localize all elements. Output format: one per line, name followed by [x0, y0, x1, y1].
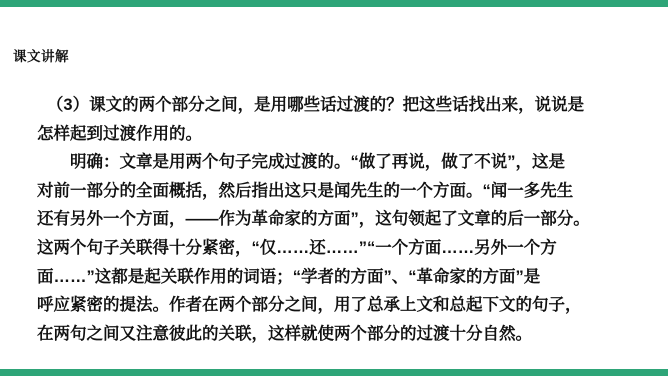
body-line: 在两句之间又注意彼此的关联，这样就使两个部分的过渡十分自然。 [37, 320, 637, 349]
body-line: 对前一部分的全面概括，然后指出这只是闻先生的一个方面。“闻一多先生 [37, 177, 637, 206]
body-line: 面……”这都是起关联作用的词语；“学者的方面”、“革命家的方面”是 [37, 263, 637, 292]
body-line: 呼应紧密的提法。作者在两个部分之间，用了总承上文和总起下文的句子， [37, 291, 637, 320]
body-text: （3）课文的两个部分之间，是用哪些话过渡的？把这些话找出来，说说是 怎样起到过渡… [37, 91, 637, 348]
body-line: 这两个句子关联得十分紧密，“仅……还……”“一个方面……另外一个方 [37, 234, 637, 263]
body-line: 怎样起到过渡作用的。 [37, 120, 637, 149]
body-line: 还有另外一个方面，——作为革命家的方面”，这句领起了文章的后一部分。 [37, 205, 637, 234]
slide-canvas: 课文讲解 （3）课文的两个部分之间，是用哪些话过渡的？把这些话找出来，说说是 怎… [0, 0, 668, 376]
bottom-accent-bar [0, 369, 668, 376]
body-line: （3）课文的两个部分之间，是用哪些话过渡的？把这些话找出来，说说是 [37, 91, 637, 120]
body-line: 明确：文章是用两个句子完成过渡的。“做了再说，做了不说”，这是 [37, 148, 637, 177]
top-accent-bar [0, 0, 668, 7]
section-tag: 课文讲解 [13, 45, 69, 65]
